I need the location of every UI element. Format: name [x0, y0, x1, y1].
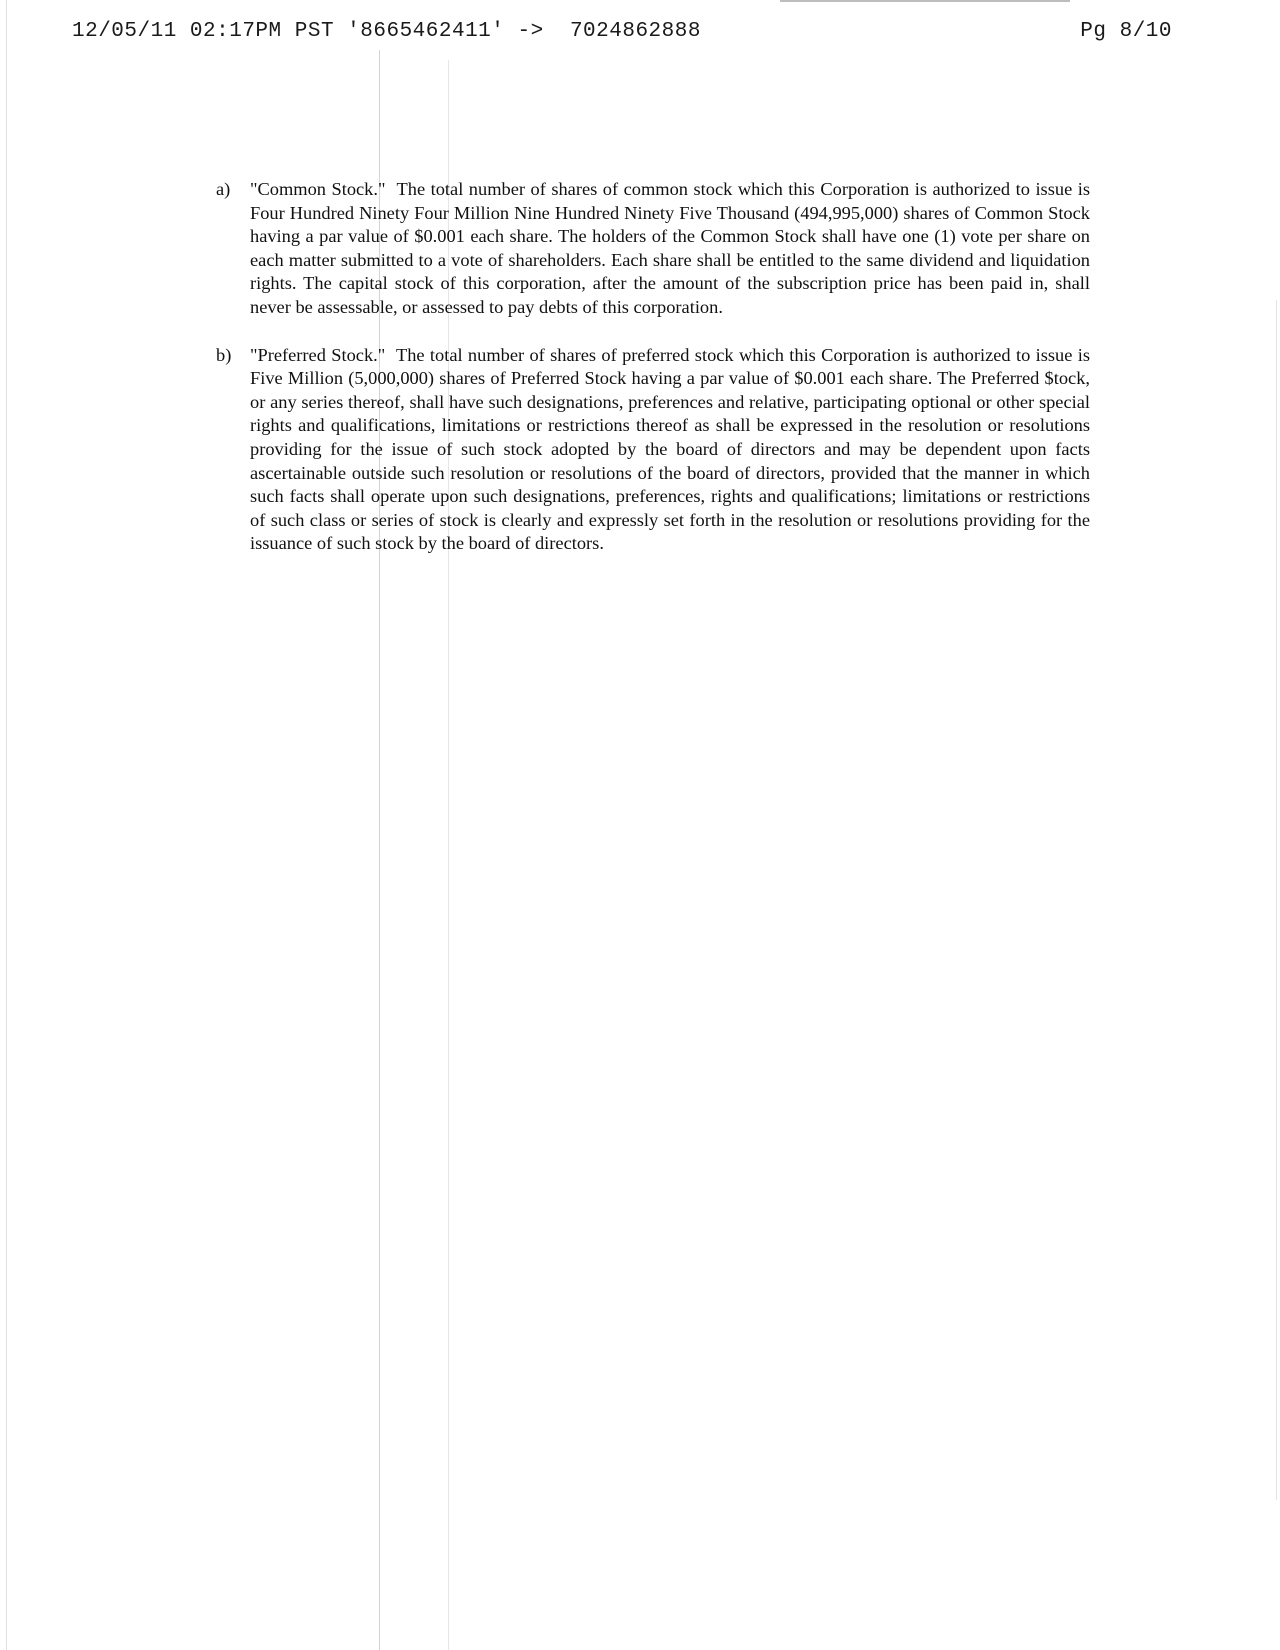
document-body: a) "Common Stock." The total number of s…: [210, 178, 1090, 580]
clause-text: The total number of shares of preferred …: [250, 345, 1090, 554]
clause-title: "Preferred Stock.": [250, 345, 385, 365]
clause-preferred-stock: b) "Preferred Stock." The total number o…: [210, 344, 1090, 556]
clause-title: "Common Stock.": [250, 179, 385, 199]
fax-from-number: '8665462411': [347, 20, 504, 43]
fax-to-number: 7024862888: [570, 20, 701, 43]
clause-label: a): [216, 178, 230, 202]
fax-header-transmission-info: 12/05/11 02:17PM PST '8665462411' -> 702…: [72, 20, 701, 43]
fax-header: 12/05/11 02:17PM PST '8665462411' -> 702…: [72, 20, 1172, 46]
scan-artifact-right-edge: [1276, 300, 1277, 1500]
fax-page-number: Pg 8/10: [1080, 20, 1172, 43]
clause-common-stock: a) "Common Stock." The total number of s…: [210, 178, 1090, 320]
clause-label: b): [216, 344, 231, 368]
fax-arrow: ->: [518, 20, 544, 43]
scan-artifact-left-edge: [6, 0, 7, 1650]
fax-datetime: 12/05/11 02:17PM PST: [72, 20, 334, 43]
scan-artifact-top-bar: [780, 0, 1070, 2]
clause-text: The total number of shares of common sto…: [250, 179, 1090, 317]
